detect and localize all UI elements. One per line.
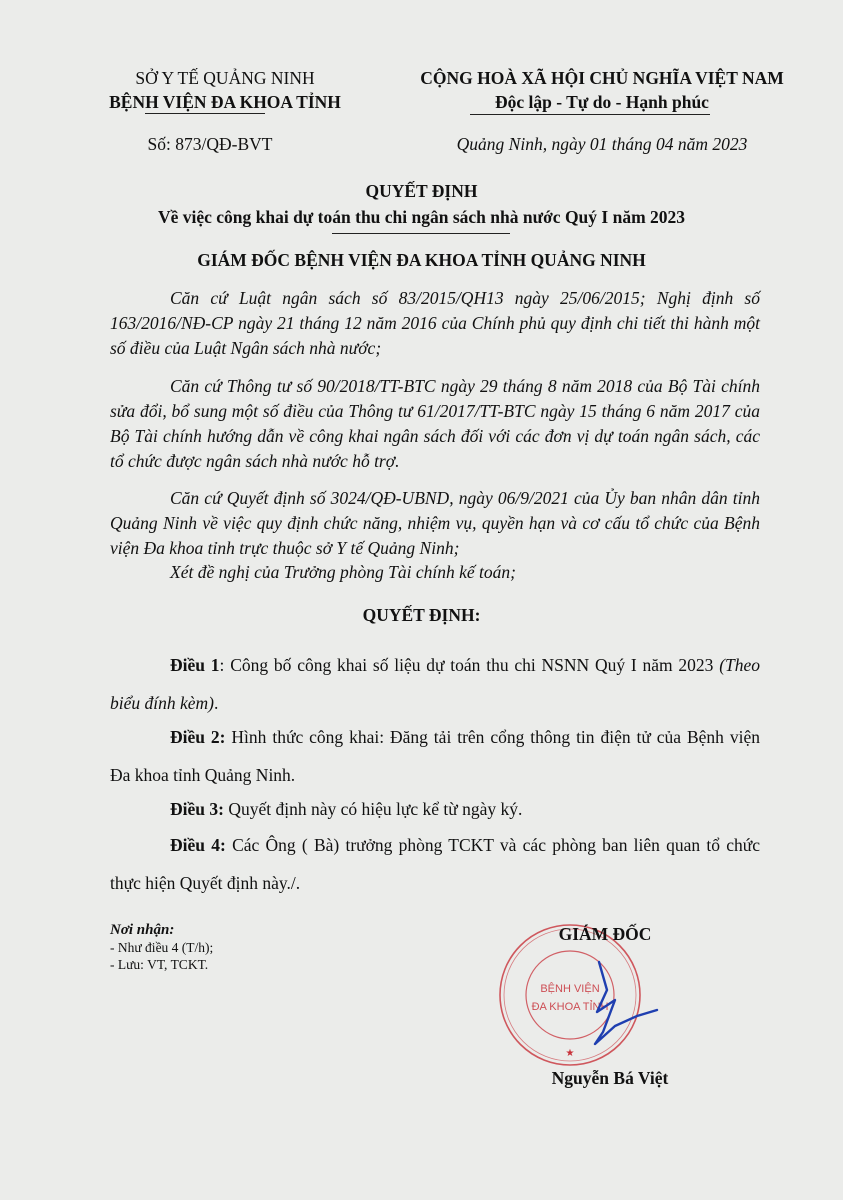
article-3: Điều 3: Quyết định này có hiệu lực kể từ… — [110, 790, 760, 828]
organization-underline — [145, 113, 265, 114]
recipient-item: - Như điều 4 (T/h); — [110, 939, 213, 956]
svg-text:★: ★ — [566, 1048, 575, 1059]
organization-name: BỆNH VIỆN ĐA KHOA TỈNH — [60, 90, 390, 114]
preamble-paragraph: Căn cứ Thông tư số 90/2018/TT-BTC ngày 2… — [110, 374, 760, 474]
issuing-authority: GIÁM ĐỐC BỆNH VIỆN ĐA KHOA TỈNH QUẢNG NI… — [60, 250, 783, 271]
article-label: Điều 1 — [170, 655, 220, 675]
decision-heading: QUYẾT ĐỊNH: — [60, 605, 783, 626]
title-heading: QUYẾT ĐỊNH — [60, 178, 783, 204]
signature-icon — [585, 960, 665, 1050]
title-underline — [332, 233, 510, 234]
article-label: Điều 2: — [170, 727, 226, 747]
document-page: SỞ Y TẾ QUẢNG NINH BỆNH VIỆN ĐA KHOA TỈN… — [0, 0, 843, 1200]
signer-name: Nguyễn Bá Việt — [530, 1068, 690, 1089]
decision-title: QUYẾT ĐỊNH Về việc công khai dự toán thu… — [60, 178, 783, 230]
article-4: Điều 4: Các Ông ( Bà) trưởng phòng TCKT … — [110, 826, 760, 902]
preamble-paragraph: Căn cứ Quyết định số 3024/QĐ-UBND, ngày … — [110, 486, 760, 561]
recipient-item: - Lưu: VT, TCKT. — [110, 956, 213, 973]
article-label: Điều 4: — [170, 835, 226, 855]
recipients-label: Nơi nhận: — [110, 922, 213, 939]
motto-underline — [470, 114, 710, 115]
article-text: Công bố công khai số liệu dự toán thu ch… — [230, 655, 719, 675]
national-title: CỘNG HOÀ XÃ HỘI CHỦ NGHĨA VIỆT NAM Độc l… — [392, 66, 812, 114]
article-text: Quyết định này có hiệu lực kể từ ngày ký… — [228, 799, 522, 819]
preamble-paragraph: Xét đề nghị của Trưởng phòng Tài chính k… — [110, 560, 760, 585]
preamble-paragraph: Căn cứ Luật ngân sách số 83/2015/QH13 ng… — [110, 286, 760, 361]
motto: Độc lập - Tự do - Hạnh phúc — [392, 90, 812, 114]
place-date: Quảng Ninh, ngày 01 tháng 04 năm 2023 — [392, 134, 812, 155]
recipients-block: Nơi nhận: - Như điều 4 (T/h); - Lưu: VT,… — [110, 922, 213, 973]
title-subject: Về việc công khai dự toán thu chi ngân s… — [60, 204, 783, 230]
document-number: Số: 873/QĐ-BVT — [60, 134, 360, 155]
article-label: Điều 3: — [170, 799, 224, 819]
article-2: Điều 2: Hình thức công khai: Đăng tải tr… — [110, 718, 760, 794]
issuing-body: SỞ Y TẾ QUẢNG NINH BỆNH VIỆN ĐA KHOA TỈN… — [60, 66, 390, 114]
article-1: Điều 1: Công bố công khai số liệu dự toá… — [110, 646, 760, 722]
nation-name: CỘNG HOÀ XÃ HỘI CHỦ NGHĨA VIỆT NAM — [392, 66, 812, 90]
signer-title: GIÁM ĐỐC — [540, 924, 670, 945]
agency-name: SỞ Y TẾ QUẢNG NINH — [60, 66, 390, 90]
